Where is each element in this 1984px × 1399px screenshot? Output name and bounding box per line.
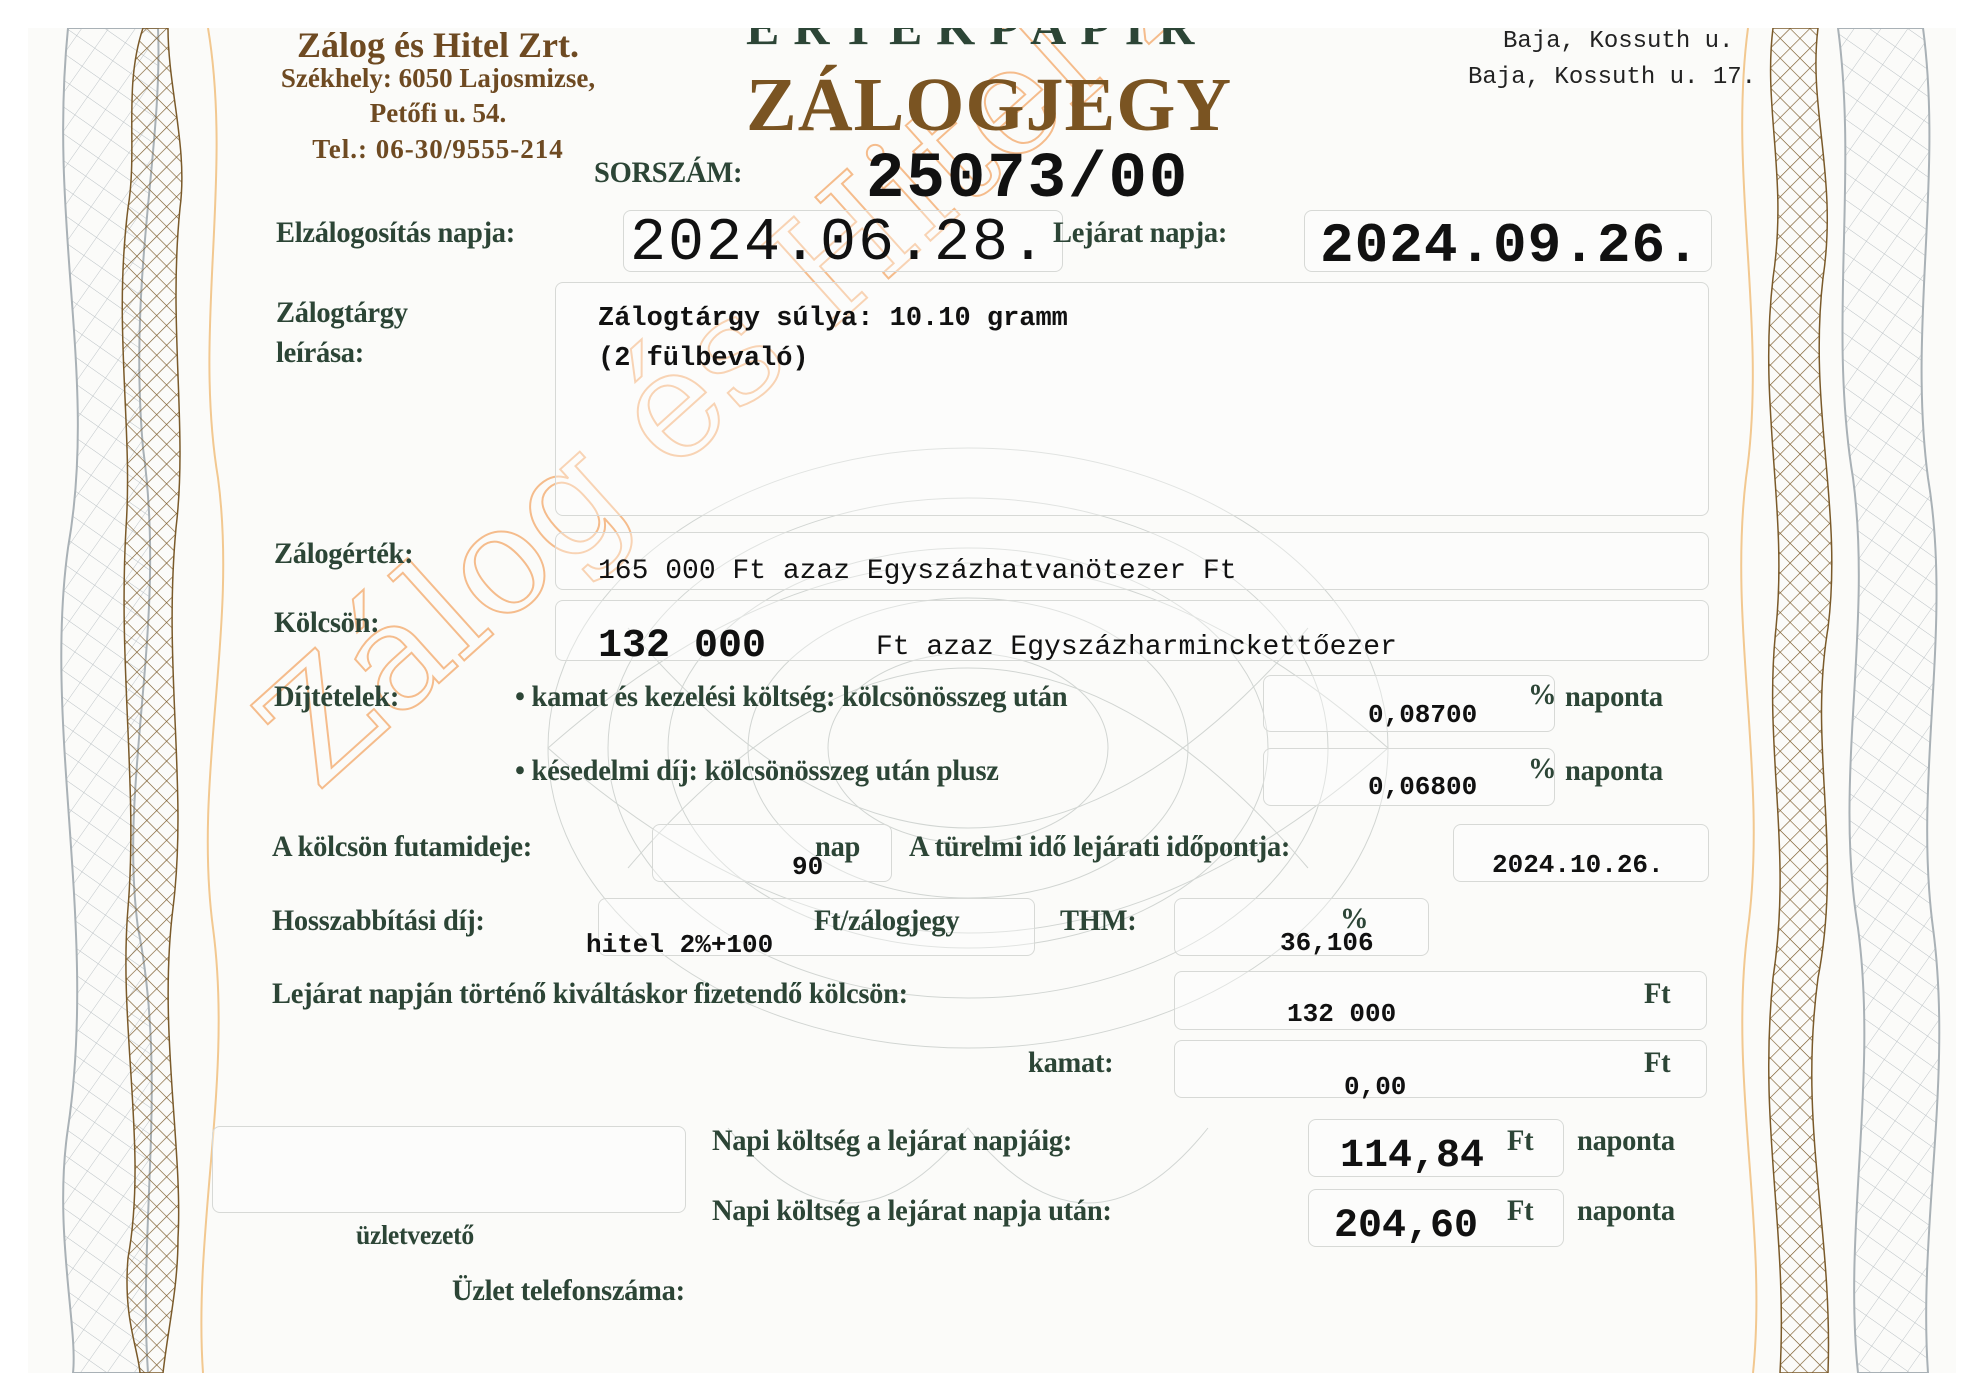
item-description-line1: Zálogtárgy súlya: 10.10 gramm [598, 304, 1068, 334]
payoff-interest-field [1174, 1040, 1707, 1098]
loan-amount: 132 000 [598, 624, 766, 669]
extension-value: hitel 2%+100 [586, 930, 773, 960]
daily-cost-until-due-unit: Ft [1507, 1124, 1533, 1158]
daily-cost-until-due-period: naponta [1577, 1124, 1675, 1158]
fee-late-label: • késedelmi díj: kölcsönösszeg után plus… [515, 754, 999, 788]
issuer-name: Zálog és Hitel Zrt. [248, 28, 628, 66]
fee-interest-label: • kamat és kezelési költség: kölcsönössz… [515, 680, 1067, 714]
due-date-value: 2024.09.26. [1320, 214, 1701, 278]
loan-label: Kölcsön: [274, 606, 379, 640]
daily-cost-after-due-unit: Ft [1507, 1194, 1533, 1228]
item-description-line2: (2 fülbevaló) [598, 344, 809, 374]
branch-address-line1: Baja, Kossuth u. [1503, 28, 1733, 55]
signature-field [212, 1126, 686, 1213]
thm-label: THM: [1060, 904, 1136, 938]
grace-label: A türelmi idő lejárati időpontja: [909, 830, 1290, 864]
signature-role: üzletvezető [356, 1220, 474, 1251]
branch-address-line2: Baja, Kossuth u. 17. [1468, 64, 1756, 91]
fees-label: Díjtételek: [274, 680, 399, 714]
serial-number: 25073/00 [866, 144, 1189, 216]
shop-phone-label: Üzlet telefonszáma: [452, 1274, 685, 1308]
pledge-value-label: Zálogérték: [274, 537, 413, 571]
daily-cost-after-due-period: naponta [1577, 1194, 1675, 1228]
payoff-loan-value: 132 000 [1287, 999, 1396, 1029]
issuer-phone: Tel.: 06-30/9555-214 [218, 134, 658, 165]
daily-cost-until-due-label: Napi költség a lejárat napjáig: [712, 1124, 1072, 1158]
due-date-label: Lejárat napja: [1053, 216, 1227, 250]
daily-cost-until-due-value: 114,84 [1340, 1134, 1484, 1179]
term-unit: nap [815, 830, 860, 864]
pledge-date-value: 2024.06.28. [630, 210, 1048, 278]
payoff-label: Lejárat napján történő kiváltáskor fizet… [272, 977, 908, 1011]
fee-interest-period: naponta [1565, 680, 1663, 714]
issuer-street: Petőfi u. 54. [218, 98, 658, 129]
fee-late-value: 0,06800 [1368, 772, 1477, 802]
daily-cost-after-due-value: 204,60 [1334, 1204, 1478, 1249]
issuer-seat: Székhely: 6050 Lajosmizse, [218, 63, 658, 94]
document-title: ZÁLOGJEGY [746, 62, 1232, 149]
term-label: A kölcsön futamideje: [272, 830, 532, 864]
thm-unit: % [1340, 902, 1368, 936]
document-supertitle: ÉRTÉKPAPÍR [746, 28, 1208, 56]
pledge-date-label: Elzálogosítás napja: [276, 216, 515, 250]
fee-interest-unit: % [1528, 678, 1556, 712]
fee-interest-value: 0,08700 [1368, 700, 1477, 730]
payoff-interest-unit: Ft [1644, 1046, 1670, 1080]
pawn-ticket-document: Zálog és Hitel Zrt. Zálog és Hitel Zrt. … [28, 28, 1956, 1373]
daily-cost-after-due-label: Napi költség a lejárat napja után: [712, 1194, 1112, 1228]
item-label-line2: leírása: [276, 336, 364, 370]
fee-late-unit: % [1528, 752, 1556, 786]
grace-value: 2024.10.26. [1492, 850, 1664, 880]
payoff-loan-field [1174, 971, 1707, 1030]
item-label-line1: Zálogtárgy [276, 296, 408, 330]
serial-label: SORSZÁM: [594, 156, 742, 190]
loan-amount-words: Ft azaz Egyszázharminckettőezer [876, 632, 1397, 663]
pledge-value-text: 165 000 Ft azaz Egyszázhatvanötezer Ft [598, 556, 1237, 587]
extension-label: Hosszabbítási díj: [272, 904, 485, 938]
payoff-loan-unit: Ft [1644, 977, 1670, 1011]
extension-unit: Ft/zálogjegy [814, 904, 959, 938]
payoff-interest-label: kamat: [1028, 1046, 1113, 1080]
fee-late-period: naponta [1565, 754, 1663, 788]
payoff-interest-value: 0,00 [1344, 1072, 1406, 1102]
